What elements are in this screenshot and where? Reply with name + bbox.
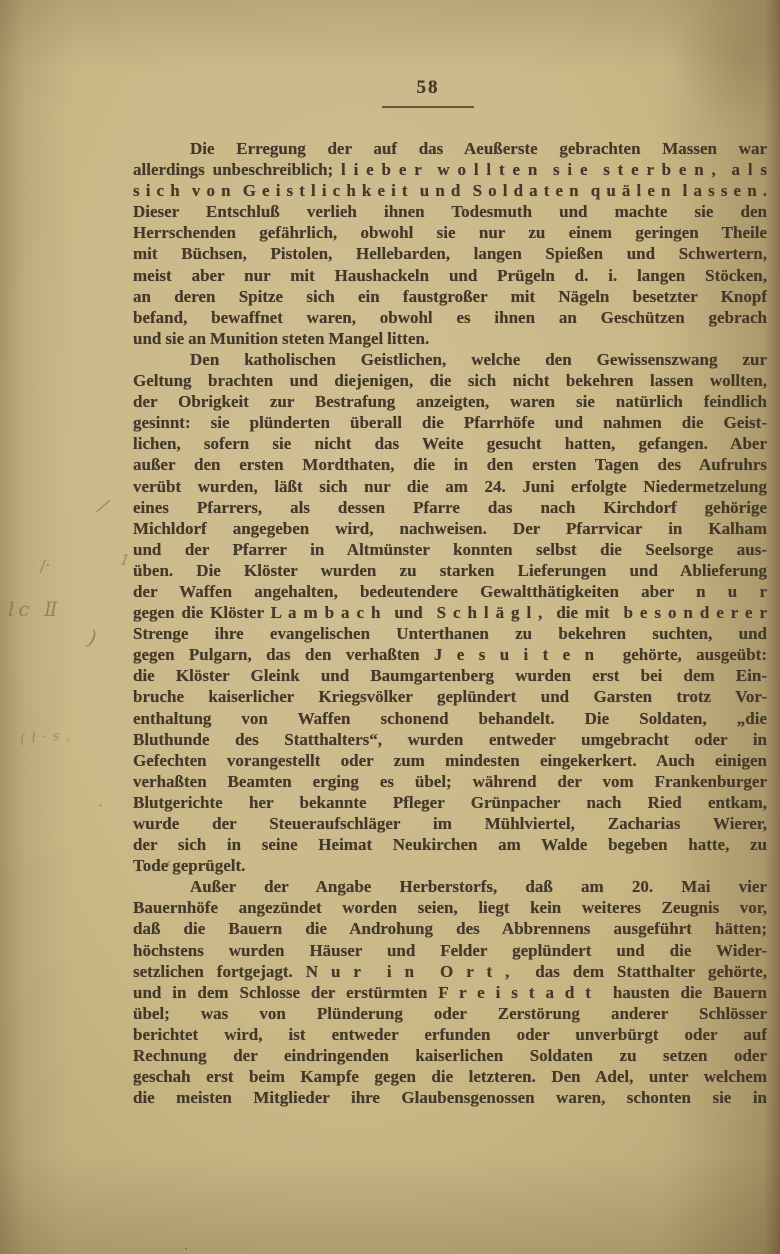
text-line: geschah erst beim Kampfe gegen die letzt…: [133, 1066, 767, 1087]
body-text: Die Erregung der auf das Aeußerste gebra…: [133, 138, 767, 1108]
text-line: Tode geprügelt.: [133, 855, 767, 876]
text-line: an deren Spitze sich ein faustgroßer mit…: [133, 286, 767, 307]
text-line: Gefechten vorangestellt oder zum mindest…: [133, 750, 767, 771]
text-line: wurde der Steueraufschläger im Mühlviert…: [133, 813, 767, 834]
text-line: verhaßten Beamten erging es übel; währen…: [133, 771, 767, 792]
marginalia-pencil-mark: lc Ⅱ: [8, 597, 62, 621]
text-line: Die Erregung der auf das Aeußerste gebra…: [133, 138, 767, 159]
paragraph-2: Den katholischen Geistlichen, welche den…: [133, 349, 767, 876]
text-line: Strenge ihre evangelischen Unterthanen z…: [133, 623, 767, 644]
text-line: der Waffen angehalten, bedeutendere Gewa…: [133, 581, 767, 602]
text-line: Rechnung der eindringenden kaiserlichen …: [133, 1045, 767, 1066]
text-line: gegen Pulgarn, das den verhaßten J e s u…: [133, 644, 767, 665]
text-line: mit Büchsen, Pistolen, Hellebarden, lang…: [133, 243, 767, 264]
marginalia-pencil-mark: /: [96, 495, 110, 518]
text-line: der Obrigkeit zur Bestrafung anzeigten, …: [133, 391, 767, 412]
text-line: Bauernhöfe angezündet worden seien, lieg…: [133, 897, 767, 918]
text-line: höchstens wurden Häuser und Felder geplü…: [133, 940, 767, 961]
text-line: berichtet wird, ist entweder erfunden od…: [133, 1024, 767, 1045]
text-line: setzlichen fortgejagt. N u r i n O r t ,…: [133, 961, 767, 982]
text-line: s i c h v o n G e i s t l i c h k e i t …: [133, 180, 767, 201]
marginalia-pencil-dot: ·: [98, 796, 103, 815]
marginalia-pencil-mark: 1: [119, 550, 132, 569]
underlined-word-michldorf: Michldorf: [133, 519, 207, 539]
text-line: gesinnt: sie plünderten überall die Pfar…: [133, 412, 767, 433]
text-line: lichen, sofern sie nicht das Weite gesuc…: [133, 433, 767, 454]
text-line: befand, bewaffnet waren, obwohl es ihnen…: [133, 307, 767, 328]
text-line: eines Pfarrers, als dessen Pfarre das na…: [133, 497, 767, 518]
text-line: meist aber nur mit Haushackeln und Prüge…: [133, 265, 767, 286]
marginalia-pencil-dot: ·: [184, 1242, 188, 1254]
marginalia-pencil-mark: ): [86, 625, 99, 650]
text-line: Geltung brachten und diejenigen, die sic…: [133, 370, 767, 391]
text-line: Blutgerichte her bekannte Pfleger Grünpa…: [133, 792, 767, 813]
text-line: Dieser Entschluß verlieh ihnen Todesmuth…: [133, 201, 767, 222]
paragraph-1: Die Erregung der auf das Aeußerste gebra…: [133, 138, 767, 349]
page-number: 58: [382, 77, 474, 108]
text-line: gegen die Klöster L a m b a c h und S c …: [133, 602, 767, 623]
paragraph-3: Außer der Angabe Herberstorfs, daß am 20…: [133, 876, 767, 1108]
text-line: Den katholischen Geistlichen, welche den…: [133, 349, 767, 370]
text-line: der sich in seine Heimat Neukirchen am W…: [133, 834, 767, 855]
text-line: und der Pfarrer in Altmünster konnten se…: [133, 539, 767, 560]
text-line: die meisten Mitglieder ihre Glaubensgeno…: [133, 1087, 767, 1108]
text-line: enthaltung von Waffen schonend behandelt…: [133, 708, 767, 729]
text-line: Außer der Angabe Herberstorfs, daß am 20…: [133, 876, 767, 897]
marginalia-pencil-scribble: (ł·s‚: [19, 727, 76, 748]
text-line: und in dem Schlosse der erstürmten F r e…: [133, 982, 767, 1003]
text-line: außer den ersten Mordthaten, die in den …: [133, 454, 767, 475]
scanned-book-page: { "page": { "number": "58" }, "para1": {…: [0, 0, 780, 1254]
text-line: die Klöster Gleink und Baumgartenberg wu…: [133, 665, 767, 686]
text-line-michldorf: Michldorf angegeben wird, nachweisen. De…: [133, 518, 767, 539]
text-line: verübt wurden, läßt sich nur die am 24. …: [133, 476, 767, 497]
marginalia-pencil-mark: /·: [39, 556, 51, 576]
text-line: übel; was von Plünderung oder Zerstörung…: [133, 1003, 767, 1024]
text-line: Bluthunde des Statthalters“, wurden entw…: [133, 729, 767, 750]
text-line: Herrschenden gefährlich, obwohl sie nur …: [133, 222, 767, 243]
text-line: angegeben wird, nachweisen. Der Pfarrvic…: [207, 519, 767, 538]
text-line: bruche kaiserlicher Kriegsvölker geplünd…: [133, 686, 767, 707]
text-line: daß die Bauern die Androhung des Abbrenn…: [133, 918, 767, 939]
text-line: üben. Die Klöster wurden zu starken Lief…: [133, 560, 767, 581]
text-line: allerdings unbeschreiblich; l i e b e r …: [133, 159, 767, 180]
text-line: und sie an Munition steten Mangel litten…: [133, 328, 767, 349]
